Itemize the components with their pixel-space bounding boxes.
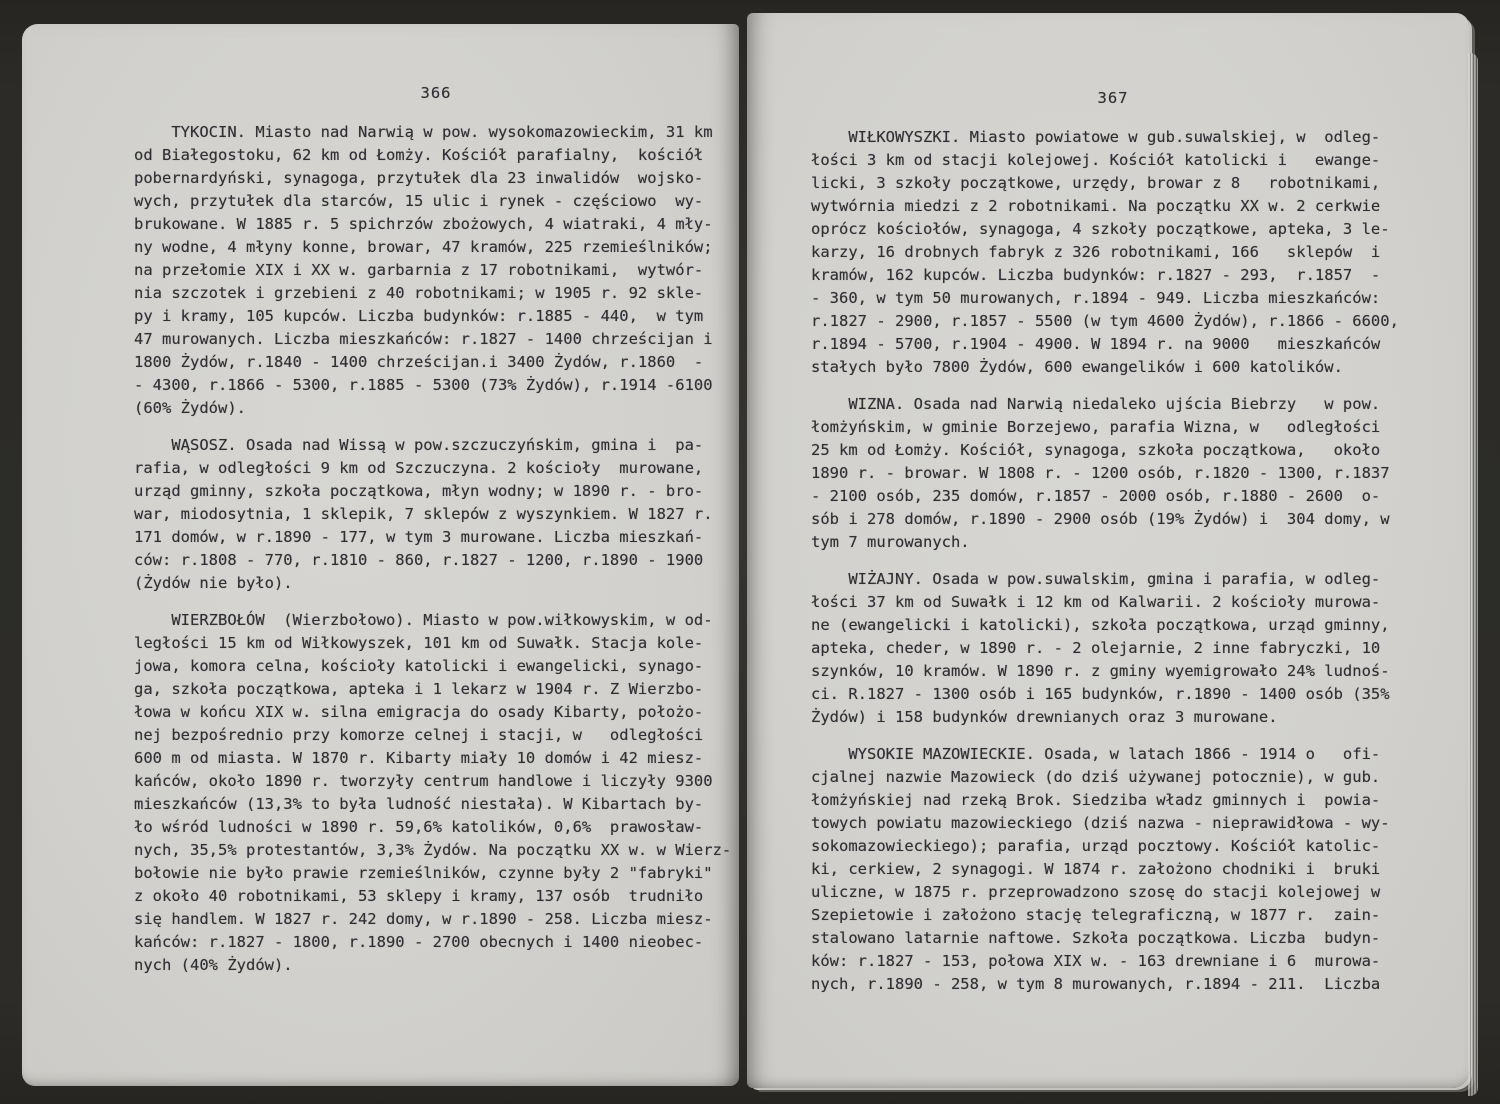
text-line: - 4300, r.1866 - 5300, r.1885 - 5300 (73… — [134, 374, 738, 397]
entry-wilkowyszki: WIŁKOWYSZKI. Miasto powiatowe w gub.suwa… — [811, 126, 1415, 379]
text-line: uliczne, w 1875 r. przeprowadzono szosę … — [811, 881, 1415, 904]
text-line: łomżyńskiej nad rzeką Brok. Siedziba wła… — [811, 789, 1415, 812]
text-line: łości 37 km od Suwałk i 12 km od Kalwari… — [811, 591, 1415, 614]
text-line: łości 3 km od stacji kolejowej. Kościół … — [811, 149, 1415, 172]
left-page-paragraphs: TYKOCIN. Miasto nad Narwią w pow. wysoko… — [134, 121, 738, 977]
text-line: ci. R.1827 - 1300 osób i 165 budynków, r… — [811, 683, 1415, 706]
text-line: 25 km od Łomży. Kościół, synagoga, szkoł… — [811, 439, 1415, 462]
text-line: urząd gminny, szkoła początkowa, młyn wo… — [134, 480, 738, 503]
right-page-number: 367 — [811, 87, 1415, 110]
text-line: licki, 3 szkoły początkowe, urzędy, brow… — [811, 172, 1415, 195]
text-line: sób i 278 domów, r.1890 - 2900 osób (19%… — [811, 508, 1415, 531]
text-line: nia szczotek i grzebieni z 40 robotnikam… — [134, 282, 738, 305]
text-line: na przełomie XIX i XX w. garbarnia z 17 … — [134, 259, 738, 282]
text-line: kańców: r.1827 - 1800, r.1890 - 2700 obe… — [134, 931, 738, 954]
text-line: WĄSOSZ. Osada nad Wissą w pow.szczuczyńs… — [134, 434, 738, 457]
text-line: WIŻAJNY. Osada w pow.suwalskim, gmina i … — [811, 568, 1415, 591]
text-line: kramów, 162 kupców. Liczba budynków: r.1… — [811, 264, 1415, 287]
text-line: WYSOKIE MAZOWIECKIE. Osada, w latach 186… — [811, 743, 1415, 766]
text-line: pobernardyński, synagoga, przytułek dla … — [134, 167, 738, 190]
text-line: z około 40 robotnikami, 53 sklepy i kram… — [134, 885, 738, 908]
text-line: Szepietowie i założono stację telegrafic… — [811, 904, 1415, 927]
left-page: 366 TYKOCIN. Miasto nad Narwią w pow. wy… — [22, 24, 739, 1086]
text-line: ków: r.1827 - 153, połowa XIX w. - 163 d… — [811, 950, 1415, 973]
text-line: WIERZBOŁÓW (Wierzbołowo). Miasto w pow.w… — [134, 609, 738, 632]
text-line: oprócz kościołów, synagoga, 4 szkoły poc… — [811, 218, 1415, 241]
text-line: szynków, 10 kramów. W 1890 r. z gminy wy… — [811, 660, 1415, 683]
text-line: 171 domów, w r.1890 - 177, w tym 3 murow… — [134, 526, 738, 549]
text-line: (Żydów nie było). — [134, 572, 738, 595]
text-line: TYKOCIN. Miasto nad Narwią w pow. wysoko… — [134, 121, 738, 144]
entry-wizajny: WIŻAJNY. Osada w pow.suwalskim, gmina i … — [811, 568, 1415, 729]
entry-wierzbolow: WIERZBOŁÓW (Wierzbołowo). Miasto w pow.w… — [134, 609, 738, 977]
text-line: sokomazowieckiego); parafia, urząd poczt… — [811, 835, 1415, 858]
text-line: apteka, cheder, w 1890 r. - 2 olejarnie,… — [811, 637, 1415, 660]
entry-wysokie-mazowieckie: WYSOKIE MAZOWIECKIE. Osada, w latach 186… — [811, 743, 1415, 996]
text-line: ga, szkoła początkowa, apteka i 1 lekarz… — [134, 678, 738, 701]
text-line: nych, 35,5% protestantów, 3,3% Żydów. Na… — [134, 839, 738, 862]
text-line: łomżyńskim, w gminie Borzejewo, parafia … — [811, 416, 1415, 439]
text-line: ców: r.1808 - 770, r.1810 - 860, r.1827 … — [134, 549, 738, 572]
text-line: rafia, w odległości 9 km od Szczuczyna. … — [134, 457, 738, 480]
text-line: stalowano latarnie naftowe. Szkoła począ… — [811, 927, 1415, 950]
right-page-paragraphs: WIŁKOWYSZKI. Miasto powiatowe w gub.suwa… — [811, 126, 1415, 996]
left-page-text-column: 366 TYKOCIN. Miasto nad Narwią w pow. wy… — [134, 82, 738, 977]
book-fore-edge — [1468, 53, 1478, 1096]
text-line: cjalnej nazwie Mazowieck (do dziś używan… — [811, 766, 1415, 789]
text-line: ło wśród ludności w 1890 r. 59,6% katoli… — [134, 816, 738, 839]
text-line: tym 7 murowanych. — [811, 531, 1415, 554]
right-page: 367 WIŁKOWYSZKI. Miasto powiatowe w gub.… — [747, 13, 1469, 1088]
text-line: 47 murowanych. Liczba mieszkańców: r.182… — [134, 328, 738, 351]
text-line: - 360, w tym 50 murowanych, r.1894 - 949… — [811, 287, 1415, 310]
text-line: py i kramy, 105 kupców. Liczba budynków:… — [134, 305, 738, 328]
text-line: nych (40% Żydów). — [134, 954, 738, 977]
text-line: wytwórnia miedzi z 2 robotnikami. Na poc… — [811, 195, 1415, 218]
text-line: bołowie nie było prawie rzemieślników, c… — [134, 862, 738, 885]
text-line: (60% Żydów). — [134, 397, 738, 420]
text-line: towych powiatu mazowieckiego (dziś nazwa… — [811, 812, 1415, 835]
text-line: - 2100 osób, 235 domów, r.1857 - 2000 os… — [811, 485, 1415, 508]
text-line: 600 m od miasta. W 1870 r. Kibarty miały… — [134, 747, 738, 770]
text-line: r.1894 - 5700, r.1904 - 4900. W 1894 r. … — [811, 333, 1415, 356]
text-line: Żydów) i 158 budynków drewnianych oraz 3… — [811, 706, 1415, 729]
text-line: ne (ewangelicki i katolicki), szkoła poc… — [811, 614, 1415, 637]
entry-tykocin: TYKOCIN. Miasto nad Narwią w pow. wysoko… — [134, 121, 738, 420]
text-line: mieszkańców (13,3% to była ludność niest… — [134, 793, 738, 816]
text-line: stałych było 7800 Żydów, 600 ewangelików… — [811, 356, 1415, 379]
text-line: się handlem. W 1827 r. 242 domy, w r.189… — [134, 908, 738, 931]
text-line: nej bezpośrednio przy komorze celnej i s… — [134, 724, 738, 747]
text-line: ległości 15 km od Wiłkowyszek, 101 km od… — [134, 632, 738, 655]
text-line: 1800 Żydów, r.1840 - 1400 chrześcijan.i … — [134, 351, 738, 374]
text-line: łowa w końcu XIX w. silna emigracja do o… — [134, 701, 738, 724]
text-line: ki, cerkiew, 2 synagogi. W 1874 r. założ… — [811, 858, 1415, 881]
entry-wizna: WIZNA. Osada nad Narwią niedaleko ujścia… — [811, 393, 1415, 554]
text-line: r.1827 - 2900, r.1857 - 5500 (w tym 4600… — [811, 310, 1415, 333]
text-line: kańców, około 1890 r. tworzyły centrum h… — [134, 770, 738, 793]
text-line: jowa, komora celna, kościoły katolicki i… — [134, 655, 738, 678]
entry-wasosz: WĄSOSZ. Osada nad Wissą w pow.szczuczyńs… — [134, 434, 738, 595]
text-line: 1890 r. - browar. W 1808 r. - 1200 osób,… — [811, 462, 1415, 485]
right-page-text-column: 367 WIŁKOWYSZKI. Miasto powiatowe w gub.… — [811, 87, 1415, 996]
text-line: wych, przytułek dla starców, 15 ulic i r… — [134, 190, 738, 213]
text-line: od Białegostoku, 62 km od Łomży. Kościół… — [134, 144, 738, 167]
text-line: nych, r.1890 - 258, w tym 8 murowanych, … — [811, 973, 1415, 996]
text-line: WIZNA. Osada nad Narwią niedaleko ujścia… — [811, 393, 1415, 416]
text-line: ny wodne, 4 młyny konne, browar, 47 kram… — [134, 236, 738, 259]
text-line: brukowane. W 1885 r. 5 spichrzów zbożowy… — [134, 213, 738, 236]
text-line: war, miodosytnia, 1 sklepik, 7 sklepów z… — [134, 503, 738, 526]
text-line: WIŁKOWYSZKI. Miasto powiatowe w gub.suwa… — [811, 126, 1415, 149]
text-line: karzy, 16 drobnych fabryk z 326 robotnik… — [811, 241, 1415, 264]
left-page-number: 366 — [134, 82, 738, 105]
book-scan: 366 TYKOCIN. Miasto nad Narwią w pow. wy… — [0, 0, 1500, 1104]
